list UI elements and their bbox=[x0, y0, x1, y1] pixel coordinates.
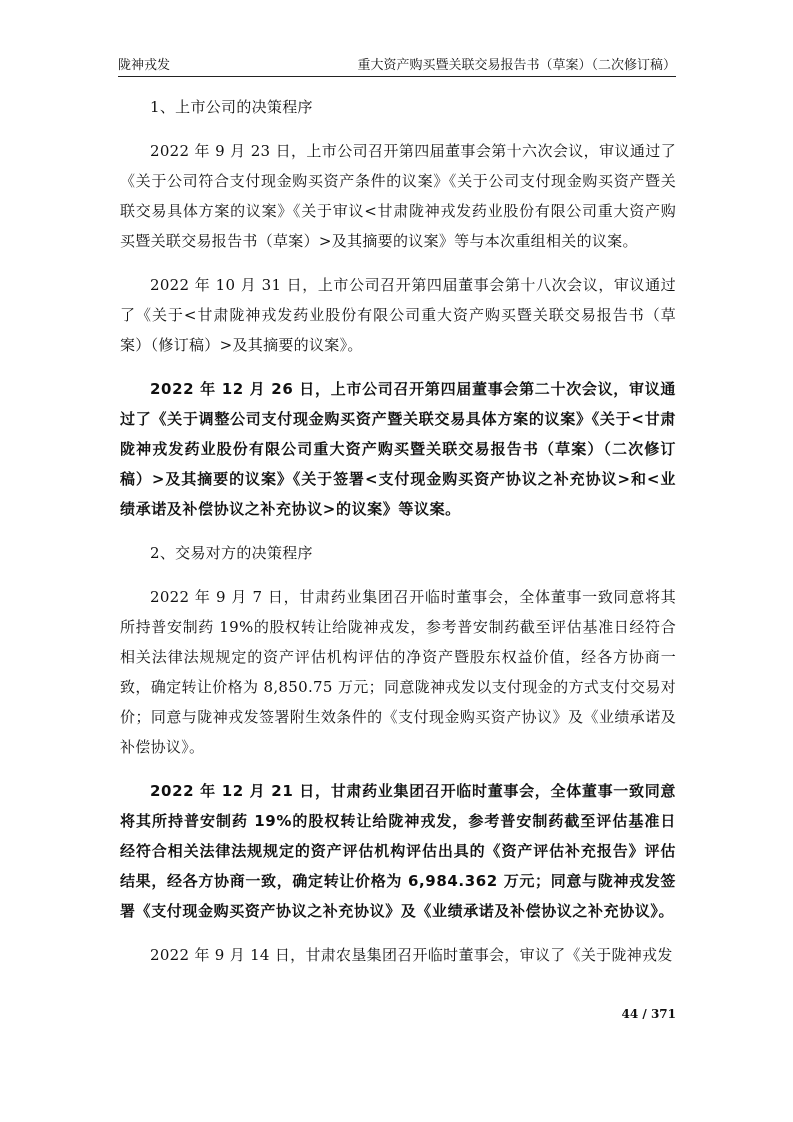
page-header: 陇神戎发 重大资产购买暨关联交易报告书（草案）（二次修订稿） bbox=[118, 54, 676, 77]
section-heading-listed-company: 1、上市公司的决策程序 bbox=[120, 92, 676, 122]
header-document-title: 重大资产购买暨关联交易报告书（草案）（二次修订稿） bbox=[357, 54, 676, 73]
paragraph-agri-group-sept: 2022 年 9 月 14 日，甘肃农垦集团召开临时董事会，审议了《关于陇神戎发 bbox=[120, 940, 676, 970]
paragraph-board-meeting-16: 2022 年 9 月 23 日，上市公司召开第四届董事会第十六次会议，审议通过了… bbox=[120, 136, 676, 256]
page-number: 44 / 371 bbox=[622, 1007, 677, 1021]
paragraph-board-meeting-18: 2022 年 10 月 31 日，上市公司召开第四届董事会第十八次会议，审议通过… bbox=[120, 270, 676, 360]
paragraph-board-meeting-20: 2022 年 12 月 26 日，上市公司召开第四届董事会第二十次会议，审议通过… bbox=[120, 374, 676, 524]
paragraph-pharma-group-sept: 2022 年 9 月 7 日，甘肃药业集团召开临时董事会，全体董事一致同意将其所… bbox=[120, 582, 676, 762]
paragraph-pharma-group-dec: 2022 年 12 月 21 日，甘肃药业集团召开临时董事会，全体董事一致同意将… bbox=[120, 776, 676, 926]
section-heading-counterparty: 2、交易对方的决策程序 bbox=[120, 538, 676, 568]
document-body: 1、上市公司的决策程序 2022 年 9 月 23 日，上市公司召开第四届董事会… bbox=[120, 92, 676, 984]
header-company-name: 陇神戎发 bbox=[118, 54, 170, 73]
